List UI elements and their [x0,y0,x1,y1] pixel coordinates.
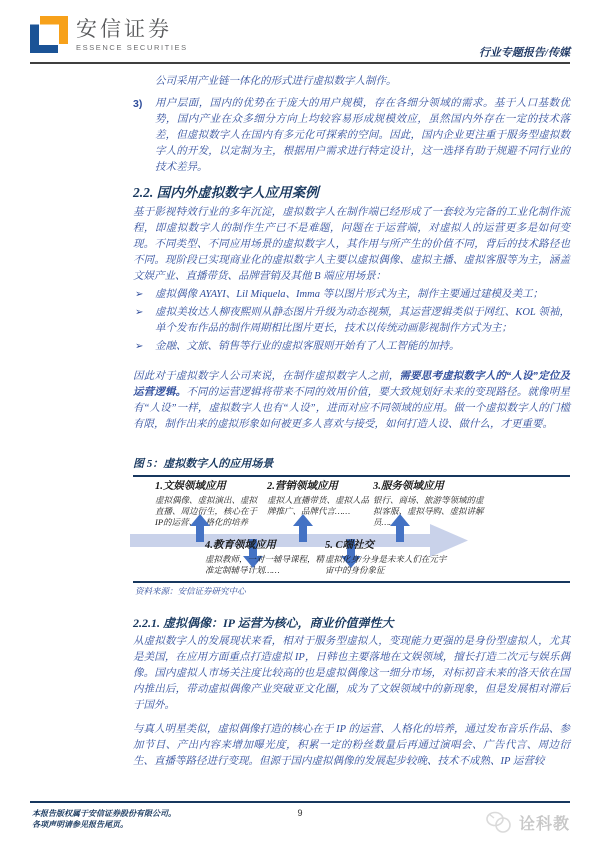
bullet-item: ➢ 虚拟美妆达人柳夜熙则从静态图片升级为动态视频，其运营逻辑类似于网红、KOL … [133,305,570,337]
page-header: 安信证券 ESSENCE SECURITIES 行业专题报告/传媒 [30,14,570,62]
arrow-bullet-icon: ➢ [135,305,143,321]
section-2-2-1-paragraph-1: 从虚拟数字人的发展现状来看，相对于服务型虚拟人，变现能力更强的是身份型虚拟人，尤… [133,634,570,714]
logo-mark-icon [30,14,68,54]
arrow-bullet-icon: ➢ [135,339,143,355]
section-2-2-paragraph-1: 基于影视特效行业的多年沉淀，虚拟数字人在制作端已经形成了一套较为完备的工业化制作… [133,205,570,285]
report-type-label: 行业专题报告/传媒 [479,44,570,60]
arrow-bullet-icon: ➢ [135,287,143,303]
paragraph-continuation: 公司采用产业链一体化的形式进行虚拟数字人制作。 [133,74,570,90]
paragraph-text: 因此对于虚拟数字人公司来说，在制作虚拟数字人之前， [133,371,399,382]
section-2-2-1-heading: 2.2.1. 虚拟偶像：IP 运营为核心，商业价值弹性大 [133,615,570,631]
bullet-text: 虚拟偶像 AYAYI、Lil Miquela、Imma 等以图片形式为主，制作主… [155,289,543,300]
bullet-text: 金融、文旅、销售等行业的虚拟客服则开始有了人工智能的加持。 [155,341,460,352]
logo-chinese-name: 安信证券 [76,19,188,40]
bullet-item: ➢ 金融、文旅、销售等行业的虚拟客服则开始有了人工智能的加持。 [133,339,570,355]
report-page: 安信证券 ESSENCE SECURITIES 行业专题报告/传媒 公司采用产业… [0,0,600,849]
bullet-item: ➢ 虚拟偶像 AYAYI、Lil Miquela、Imma 等以图片形式为主，制… [133,287,570,303]
section-2-2-1-paragraph-2: 与真人明星类似，虚拟偶像打造的核心在于 IP 的运营、人格化的培养，通过发布音乐… [133,722,570,770]
diagram-node-education: 4.教育领域应用 虚拟教师，一对一辅导课程，精准定制辅导计划…… [205,539,325,576]
section-2-2-heading: 2.2. 国内外虚拟数字人应用案例 [133,184,570,202]
page-footer: 本报告版权属于安信证券股份有限公司。 各项声明请参见报告尾页。 9 诠科教 [30,801,570,803]
figure-5-title: 图 5：虚拟数字人的应用场景 [133,457,570,477]
bullet-text: 虚拟美妆达人柳夜熙则从静态图片升级为动态视频，其运营逻辑类似于网红、KOL 领袖… [155,307,570,334]
logo-english-name: ESSENCE SECURITIES [76,44,188,52]
paragraph-text: 不同的运营逻辑将带来不同的效用价值，要大致规划好未来的变现路径。就像明星有“人设… [133,387,570,430]
section-2-2-paragraph-2: 因此对于虚拟数字人公司来说，在制作虚拟数字人之前，需要思考虚拟数字人的“人设”定… [133,369,570,433]
figure-source-note: 资料来源：安信证券研究中心 [133,581,570,597]
diagram-node-social: 5. C端社交 虚拟化身/分身是未来人们在元宇宙中的身份象征 [325,539,450,576]
header-divider [30,62,570,64]
bullet-list: ➢ 虚拟偶像 AYAYI、Lil Miquela、Imma 等以图片形式为主，制… [133,287,570,355]
watermark-doodle-icon [485,810,515,834]
watermark-text: 诠科教 [519,811,570,834]
document-body: 公司采用产业链一体化的形式进行虚拟数字人制作。 3) 用户层面，国内的优势在于庞… [133,74,570,770]
figure-5-diagram: 1.文娱领域应用 虚拟偶像、虚拟演出、虚拟直播、周边衍生，核心在于IP的运营、人… [133,477,570,581]
watermark: 诠科教 [485,810,570,834]
item-number: 3) [133,96,142,112]
figure-5: 图 5：虚拟数字人的应用场景 1.文娱领域应用 虚拟偶像、虚拟演出、虚拟直播、周… [133,457,570,597]
numbered-item-3: 3) 用户层面，国内的优势在于庞大的用户规模，存在各细分领域的需求。基于人口基数… [133,96,570,176]
item-text: 用户层面，国内的优势在于庞大的用户规模，存在各细分领域的需求。基于人口基数优势，… [155,96,570,176]
